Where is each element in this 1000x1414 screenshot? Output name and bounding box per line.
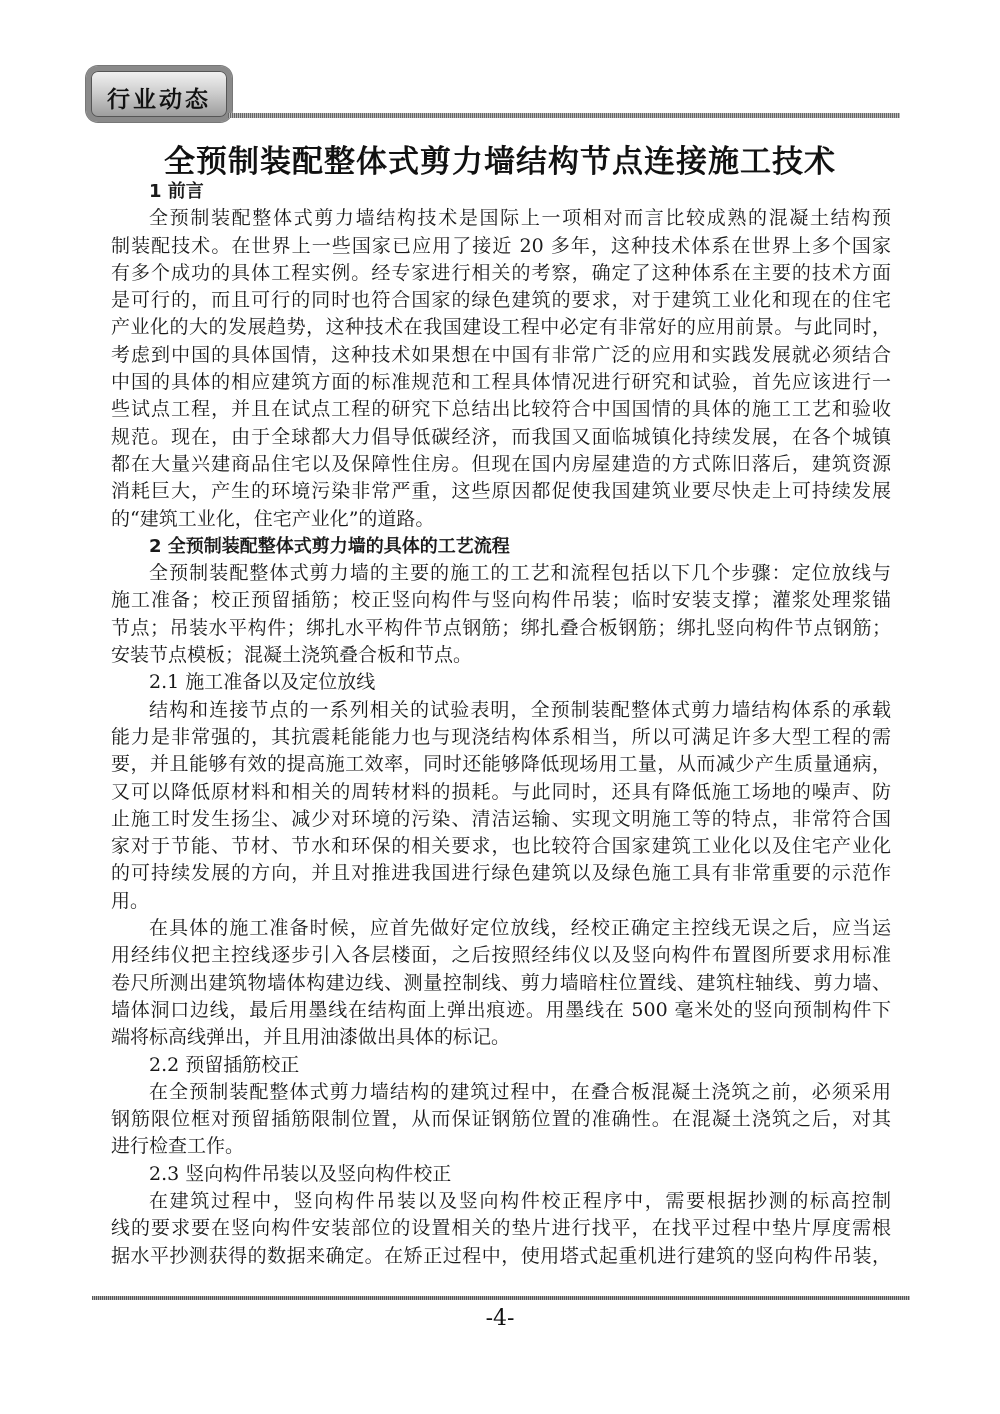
body-line: 考虑到中国的具体国情，这种技术如果想在中国有非常广泛的应用和实践发展就必须结合 [111, 342, 891, 369]
section-heading: 1 前言 [111, 178, 891, 205]
subsection-heading: 2.2 预留插筋校正 [111, 1052, 891, 1079]
body-line: 钢筋限位框对预留插筋限制位置，从而保证钢筋位置的准确性。在混凝土浇筑之后，对其 [111, 1106, 891, 1133]
body-line: 规范。现在，由于全球都大力倡导低碳经济，而我国又面临城镇化持续发展，在各个城镇 [111, 424, 891, 451]
body-line: 据水平抄测获得的数据来确定。在矫正过程中，使用塔式起重机进行建筑的竖向构件吊装， [111, 1243, 891, 1270]
paragraph-first-line: 结构和连接节点的一系列相关的试验表明，全预制装配整体式剪力墙结构体系的承载 [111, 697, 891, 724]
paragraph-last-line: 安装节点模板；混凝土浇筑叠合板和节点。 [111, 642, 891, 669]
body-line: 的可持续发展的方向，并且对推进我国进行绿色建筑以及绿色施工具有非常重要的示范作 [111, 860, 891, 887]
article-title: 全预制装配整体式剪力墙结构节点连接施工技术 [0, 136, 1000, 181]
body-line: 中国的具体的相应建筑方面的标准规范和工程具体情况进行研究和试验，首先应该进行一 [111, 369, 891, 396]
paragraph-last-line: 的“建筑工业化，住宅产业化”的道路。 [111, 506, 891, 533]
subsection-heading: 2.1 施工准备以及定位放线 [111, 669, 891, 696]
body-line: 施工准备；校正预留插筋；校正竖向构件与竖向构件吊装；临时安装支撑；灌浆处理浆锚 [111, 587, 891, 614]
body-line: 家对于节能、节材、节水和环保的相关要求，也比较符合国家建筑工业化以及住宅产业化 [111, 833, 891, 860]
page-number: -4- [0, 1306, 1000, 1331]
section-badge-label: 行业动态 [91, 81, 227, 114]
paragraph-first-line: 全预制装配整体式剪力墙的主要的施工的工艺和流程包括以下几个步骤：定位放线与 [111, 560, 891, 587]
body-line: 墙体洞口边线，最后用墨线在结构面上弹出痕迹。用墨线在 500 毫米处的竖向预制构… [111, 997, 891, 1024]
body-line: 线的要求要在竖向构件安装部位的设置相关的垫片进行找平，在找平过程中垫片厚度需根 [111, 1215, 891, 1242]
body-line: 制装配技术。在世界上一些国家已应用了接近 20 多年，这种技术体系在世界上多个国… [111, 233, 891, 260]
paragraph-last-line: 用。 [111, 888, 891, 915]
paragraph-first-line: 在具体的施工准备时候，应首先做好定位放线，经校正确定主控线无误之后，应当运 [111, 915, 891, 942]
paragraph-first-line: 全预制装配整体式剪力墙结构技术是国际上一项相对而言比较成熟的混凝土结构预 [111, 205, 891, 232]
body-line: 卷尺所测出建筑物墙体构建边线、测量控制线、剪力墙暗柱位置线、建筑柱轴线、剪力墙、 [111, 970, 891, 997]
section-badge: 行业动态 [86, 66, 232, 122]
paragraph-first-line: 在全预制装配整体式剪力墙结构的建筑过程中，在叠合板混凝土浇筑之前，必须采用 [111, 1079, 891, 1106]
subsection-heading: 2.3 竖向构件吊装以及竖向构件校正 [111, 1161, 891, 1188]
body-line: 节点；吊装水平构件；绑扎水平构件节点钢筋；绑扎叠合板钢筋；绑扎竖向构件节点钢筋； [111, 615, 891, 642]
body-line: 是可行的，而且可行的同时也符合国家的绿色建筑的要求，对于建筑工业化和现在的住宅 [111, 287, 891, 314]
footer-divider [92, 1296, 910, 1300]
body-line: 要，并且能够有效的提高施工效率，同时还能够降低现场用工量，从而减少产生质量通病， [111, 751, 891, 778]
article-body: 1 前言全预制装配整体式剪力墙结构技术是国际上一项相对而言比较成熟的混凝土结构预… [111, 178, 891, 1270]
paragraph-last-line: 端将标高线弹出，并且用油漆做出具体的标记。 [111, 1024, 891, 1051]
body-line: 消耗巨大，产生的环境污染非常严重，这些原因都促使我国建筑业要尽快走上可持续发展 [111, 478, 891, 505]
body-line: 产业化的大的发展趋势，这种技术在我国建设工程中必定有非常好的应用前景。与此同时， [111, 314, 891, 341]
header-divider [228, 113, 900, 118]
body-line: 又可以降低原材料和相关的周转材料的损耗。与此同时，还具有降低施工场地的噪声、防 [111, 779, 891, 806]
body-line: 都在大量兴建商品住宅以及保障性住房。但现在国内房屋建造的方式陈旧落后，建筑资源 [111, 451, 891, 478]
paragraph-last-line: 进行检查工作。 [111, 1133, 891, 1160]
body-line: 能力是非常强的，其抗震耗能能力也与现浇结构体系相当，所以可满足许多大型工程的需 [111, 724, 891, 751]
body-line: 些试点工程，并且在试点工程的研究下总结出比较符合中国国情的具体的施工工艺和验收 [111, 396, 891, 423]
paragraph-first-line: 在建筑过程中，竖向构件吊装以及竖向构件校正程序中，需要根据抄测的标高控制 [111, 1188, 891, 1215]
section-heading: 2 全预制装配整体式剪力墙的具体的工艺流程 [111, 533, 891, 560]
body-line: 用经纬仪把主控线逐步引入各层楼面，之后按照经纬仪以及竖向构件布置图所要求用标准 [111, 942, 891, 969]
body-line: 有多个成功的具体工程实例。经专家进行相关的考察，确定了这种体系在主要的技术方面 [111, 260, 891, 287]
body-line: 止施工时发生扬尘、减少对环境的污染、清洁运输、实现文明施工等的特点，非常符合国 [111, 806, 891, 833]
